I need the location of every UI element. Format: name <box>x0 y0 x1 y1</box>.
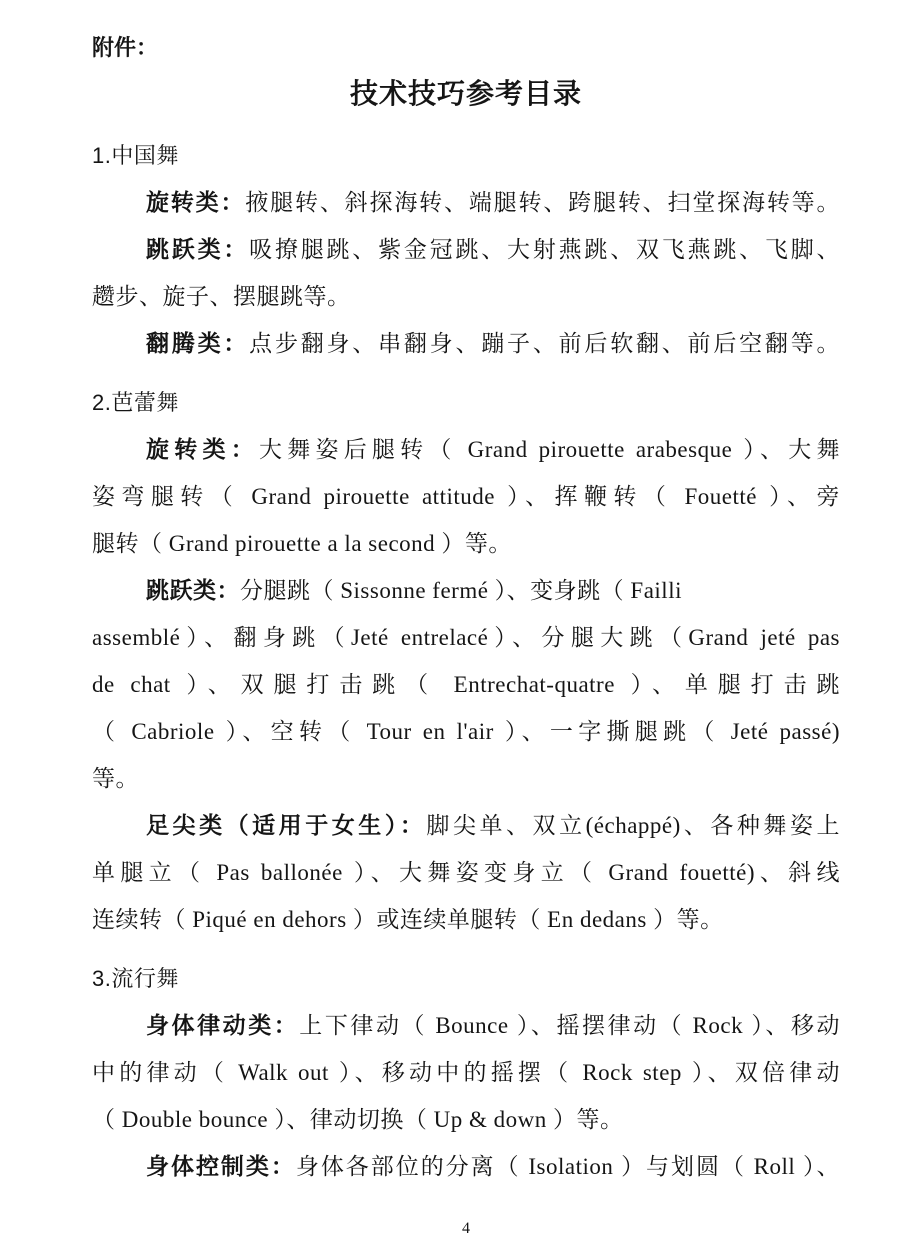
category-label: 旋转类： <box>146 190 245 215</box>
paragraph-line: 趱步、旋子、摆腿跳等。 <box>92 273 840 320</box>
section-heading: 2.芭蕾舞 <box>92 379 840 426</box>
paragraph-line: （ Cabriole ）、空转（ Tour en l'air ）、一字撕腿跳（ … <box>92 708 840 755</box>
category-label: 旋转类： <box>146 437 259 462</box>
line-text: 吸撩腿跳、紫金冠跳、大射燕跳、双飞燕跳、飞脚、 <box>249 237 840 262</box>
paragraph-line: assemblé）、翻身跳（Jeté entrelacé）、分腿大跳（Grand… <box>92 614 840 661</box>
category-label: 跳跃类： <box>146 237 249 262</box>
line-text: 上下律动（ Bounce ）、摇摆律动（ Rock ）、移动 <box>299 1013 840 1038</box>
category-label: 跳跃类： <box>146 578 240 603</box>
line-text: 脚尖单、双立(échappé)、各种舞姿上 <box>426 813 840 838</box>
line-text: de chat ）、双腿打击跳（ Entrechat-quatre ）、单腿打击… <box>92 672 840 697</box>
line-text: 单腿立（ Pas ballonée ）、大舞姿变身立（ Grand fouett… <box>92 860 840 885</box>
paragraph-line: 单腿立（ Pas ballonée ）、大舞姿变身立（ Grand fouett… <box>92 849 840 896</box>
paragraph-line: 旋转类：掖腿转、斜探海转、端腿转、跨腿转、扫堂探海转等。 <box>92 179 840 226</box>
line-text: （ Double bounce ）、律动切换（ Up & down ）等。 <box>92 1107 624 1132</box>
paragraph-line: 旋转类：大舞姿后腿转（ Grand pirouette arabesque ）、… <box>92 426 840 473</box>
line-text: 姿弯腿转（ Grand pirouette attitude ）、挥鞭转（ Fo… <box>92 484 840 509</box>
paragraph: 足尖类（适用于女生）：脚尖单、双立(échappé)、各种舞姿上 单腿立（ Pa… <box>92 802 840 943</box>
paragraph: 跳跃类：分腿跳（ Sissonne fermé ）、变身跳（ Failli as… <box>92 567 840 802</box>
line-text: 分腿跳（ Sissonne fermé ）、变身跳（ Failli <box>240 578 682 603</box>
paragraph: 身体控制类：身体各部位的分离（ Isolation ）与划圆（ Roll ）、 <box>92 1143 840 1190</box>
line-text: 掖腿转、斜探海转、端腿转、跨腿转、扫堂探海转等。 <box>245 190 840 215</box>
line-text: assemblé）、翻身跳（Jeté entrelacé）、分腿大跳（Grand… <box>92 625 840 650</box>
section-heading: 1.中国舞 <box>92 132 840 179</box>
paragraph: 旋转类：掖腿转、斜探海转、端腿转、跨腿转、扫堂探海转等。 <box>92 179 840 226</box>
paragraph-line: 中的律动（ Walk out ）、移动中的摇摆（ Rock step ）、双倍律… <box>92 1049 840 1096</box>
section-chinese-dance: 1.中国舞 旋转类：掖腿转、斜探海转、端腿转、跨腿转、扫堂探海转等。 跳跃类：吸… <box>92 132 840 367</box>
page-title: 技术技巧参考目录 <box>92 71 840 118</box>
line-text: （ Cabriole ）、空转（ Tour en l'air ）、一字撕腿跳（ … <box>92 719 840 744</box>
paragraph-line: 翻腾类：点步翻身、串翻身、蹦子、前后软翻、前后空翻等。 <box>92 320 840 367</box>
line-text: 点步翻身、串翻身、蹦子、前后软翻、前后空翻等。 <box>249 331 840 356</box>
section-heading: 3.流行舞 <box>92 955 840 1002</box>
line-text: 腿转（ Grand pirouette a la second ）等。 <box>92 531 512 556</box>
attachment-label: 附件： <box>92 24 840 71</box>
paragraph-line: 跳跃类：吸撩腿跳、紫金冠跳、大射燕跳、双飞燕跳、飞脚、 <box>92 226 840 273</box>
category-label: 身体律动类： <box>146 1013 299 1038</box>
paragraph-line: 姿弯腿转（ Grand pirouette attitude ）、挥鞭转（ Fo… <box>92 473 840 520</box>
category-label: 翻腾类： <box>146 331 249 356</box>
paragraph-line: 足尖类（适用于女生）：脚尖单、双立(échappé)、各种舞姿上 <box>92 802 840 849</box>
line-text: 连续转（ Piqué en dehors ）或连续单腿转（ En dedans … <box>92 907 724 932</box>
paragraph: 翻腾类：点步翻身、串翻身、蹦子、前后软翻、前后空翻等。 <box>92 320 840 367</box>
document-page: 附件： 技术技巧参考目录 1.中国舞 旋转类：掖腿转、斜探海转、端腿转、跨腿转、… <box>0 0 900 1258</box>
paragraph-line: 跳跃类：分腿跳（ Sissonne fermé ）、变身跳（ Failli <box>92 567 840 614</box>
line-text: 身体各部位的分离（ Isolation ）与划圆（ Roll ）、 <box>296 1154 840 1179</box>
line-text: 等。 <box>92 766 139 791</box>
section-pop-dance: 3.流行舞 身体律动类：上下律动（ Bounce ）、摇摆律动（ Rock ）、… <box>92 955 840 1190</box>
paragraph-line: 腿转（ Grand pirouette a la second ）等。 <box>92 520 840 567</box>
paragraph: 身体律动类：上下律动（ Bounce ）、摇摆律动（ Rock ）、移动 中的律… <box>92 1002 840 1143</box>
paragraph-line: 身体控制类：身体各部位的分离（ Isolation ）与划圆（ Roll ）、 <box>92 1143 840 1190</box>
paragraph: 旋转类：大舞姿后腿转（ Grand pirouette arabesque ）、… <box>92 426 840 567</box>
section-ballet: 2.芭蕾舞 旋转类：大舞姿后腿转（ Grand pirouette arabes… <box>92 379 840 943</box>
paragraph-line: 身体律动类：上下律动（ Bounce ）、摇摆律动（ Rock ）、移动 <box>92 1002 840 1049</box>
line-text: 趱步、旋子、摆腿跳等。 <box>92 284 351 309</box>
line-text: 大舞姿后腿转（ Grand pirouette arabesque ）、大舞 <box>259 437 840 462</box>
paragraph-line: 连续转（ Piqué en dehors ）或连续单腿转（ En dedans … <box>92 896 840 943</box>
paragraph-line: （ Double bounce ）、律动切换（ Up & down ）等。 <box>92 1096 840 1143</box>
paragraph-line: de chat ）、双腿打击跳（ Entrechat-quatre ）、单腿打击… <box>92 661 840 708</box>
page-number: 4 <box>92 1218 840 1240</box>
category-label: 身体控制类： <box>146 1154 296 1179</box>
paragraph-line: 等。 <box>92 755 840 802</box>
category-label: 足尖类（适用于女生）： <box>146 813 426 838</box>
line-text: 中的律动（ Walk out ）、移动中的摇摆（ Rock step ）、双倍律… <box>92 1060 840 1085</box>
paragraph: 跳跃类：吸撩腿跳、紫金冠跳、大射燕跳、双飞燕跳、飞脚、 趱步、旋子、摆腿跳等。 <box>92 226 840 320</box>
